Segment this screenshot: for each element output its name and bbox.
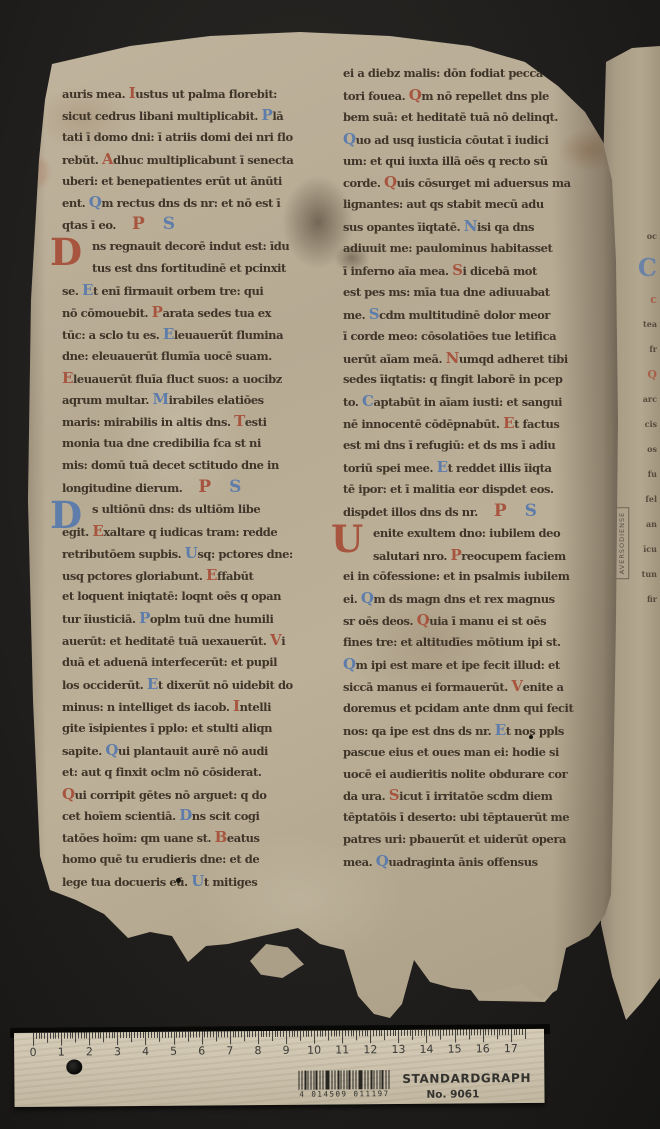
ruler-tick — [452, 1030, 453, 1036]
ruler-tick — [272, 1031, 273, 1041]
ruler-number: 2 — [86, 1045, 93, 1058]
manuscript-line: Qm ipi est mare et ipe fecit illud: et — [343, 654, 621, 676]
ruler-number: 12 — [363, 1043, 377, 1056]
manuscript-text: tati ī domo dni: ī atriis domi dei nri f… — [62, 130, 293, 144]
manuscript-text: tēptatōis ī deserto: ubi tēptauerūt me — [343, 810, 569, 824]
ruler-tick — [67, 1033, 68, 1039]
ruler: 01234567891011121314151617 4 014509 0111… — [14, 1029, 545, 1107]
manuscript-line: auerūt: et heditatē tuā uexauerūt. Vi — [62, 630, 340, 652]
manuscript-text: i — [281, 634, 285, 648]
manuscript-line: uberi: et benepatientes erūt ut ānūti — [62, 171, 340, 193]
ruler-tick — [483, 1029, 484, 1042]
manuscript-line: cet hoīem scientiā. Dns scit cogi — [62, 805, 340, 827]
ruler-number: 0 — [30, 1046, 37, 1059]
ruler-tick — [294, 1031, 295, 1037]
ruler-tick — [454, 1030, 455, 1043]
manuscript-photo: ocCcteafrQarccisosfufelanīcutunfir …IUM … — [0, 0, 660, 1129]
ruler-tick — [235, 1031, 236, 1037]
manuscript-initial: Q — [376, 852, 389, 870]
ruler-tick — [89, 1032, 90, 1045]
ruler-tick — [193, 1032, 194, 1038]
ruler-tick — [39, 1033, 40, 1039]
ruler-tick — [36, 1033, 37, 1039]
ruler-tick — [457, 1030, 458, 1036]
ruler-tick — [393, 1030, 394, 1036]
manuscript-initial: P — [450, 546, 461, 564]
ruler-tick — [137, 1032, 138, 1038]
manuscript-text: t dixerūt nō uidebit do — [158, 678, 293, 692]
manuscript-text: cdm multitudinē dolor meor — [379, 308, 550, 322]
ruler-tick — [395, 1030, 396, 1036]
manuscript-line: salutari nro. Preocupem faciem — [343, 545, 621, 567]
manuscript-line: se. Et enī firmauit orbem tre: qui — [62, 280, 340, 302]
manuscript-text: nos: qa ipe est dns ds nr. — [343, 724, 495, 738]
ruler-number: 11 — [335, 1043, 349, 1056]
ruler-tick — [497, 1029, 498, 1039]
manuscript-line: ei in cōfessione: et in psalmis iubilem — [343, 566, 621, 588]
manuscript-line: tus est dns fortitudinē et pcinxit — [62, 258, 340, 280]
manuscript-line: gite īsipientes ī pplo: et stulti aliqn — [62, 718, 340, 740]
ruler-tick — [415, 1030, 416, 1036]
manuscript-line: toriū spei mee. Et reddet illis īiqta — [343, 457, 621, 479]
manuscript-initial: Q — [343, 655, 356, 673]
ruler-tick — [252, 1031, 253, 1037]
manuscript-line: duā et aduenā interfecerūt: et pupil — [62, 652, 340, 674]
manuscript-line: qtas ī eo.PS — [62, 214, 340, 236]
ruler-number: 16 — [476, 1042, 490, 1055]
manuscript-initial: Q — [62, 785, 75, 803]
manuscript-text: enite exultem dno: iubilem deo — [373, 526, 560, 540]
ruler-tick — [275, 1031, 276, 1037]
manuscript-line: est mi dns ī refugiū: et ds ms ī adiu — [343, 435, 621, 457]
ruler-number: 8 — [254, 1044, 261, 1057]
ruler-tick — [292, 1031, 293, 1037]
text-fragment: fel — [645, 495, 657, 504]
manuscript-initial: E — [206, 566, 217, 584]
ruler-tick — [123, 1032, 124, 1038]
manuscript-text: est pes ms: mīa tua dne adiuuabat — [343, 285, 550, 299]
manuscript-text: auris mea. — [62, 87, 129, 101]
ruler-tick — [216, 1031, 217, 1041]
manuscript-line: mea. Quadraginta ānis offensus — [343, 851, 621, 873]
ruler-tick — [75, 1033, 76, 1043]
manuscript-initial: P — [139, 609, 150, 627]
manuscript-line: ei. Qm ds magn dns et rex magnus — [343, 588, 621, 610]
ruler-tick — [112, 1032, 113, 1038]
manuscript-line: siccā manus ei formauerūt. Venite a — [343, 676, 621, 698]
ruler-number: 5 — [170, 1045, 177, 1058]
ruler-tick — [300, 1031, 301, 1041]
ruler-tick — [348, 1030, 349, 1036]
manuscript-text: tori fouea. — [343, 89, 409, 103]
manuscript-text: t mitiges — [204, 875, 257, 889]
ruler-number: 3 — [114, 1045, 121, 1058]
manuscript-text: ns regnauit decorē indut est: īdu — [92, 239, 289, 253]
ruler-tick — [109, 1032, 110, 1038]
ruler-tick — [306, 1031, 307, 1037]
ruler-tick — [325, 1031, 326, 1037]
ruler-tick — [356, 1030, 357, 1040]
manuscript-text: ī corde meo: cōsolatiōes tue letifica — [343, 329, 556, 343]
manuscript-text: auerūt: et heditatē tuā uexauerūt. — [62, 634, 270, 648]
ruler-tick — [480, 1029, 481, 1035]
manuscript-initial: E — [82, 281, 93, 299]
ruler-tick — [159, 1032, 160, 1042]
ruler-tick — [466, 1029, 467, 1035]
manuscript-text: nō cōmouebit. — [62, 306, 152, 320]
manuscript-text: m ipi est mare et ipe fecit illud: et — [356, 658, 560, 672]
manuscript-text: maris: mirabilis in altis dns. — [62, 415, 234, 429]
ruler-tick — [474, 1029, 475, 1035]
manuscript-initial: P — [132, 214, 147, 234]
ruler-tick — [157, 1032, 158, 1038]
ruler-tick — [145, 1032, 146, 1045]
text-fragment: os — [647, 445, 657, 454]
manuscript-initial: E — [163, 325, 174, 343]
text-fragment: Q — [647, 370, 657, 379]
ruler-number: 17 — [504, 1042, 518, 1055]
ruler-tick — [179, 1032, 180, 1038]
manuscript-text: ns scit cogi — [192, 809, 260, 823]
ruler-tick — [494, 1029, 495, 1035]
ruler-tick — [432, 1030, 433, 1036]
ruler-tick — [513, 1029, 514, 1035]
ruler-tick — [78, 1032, 79, 1038]
ruler-tick — [491, 1029, 492, 1035]
ruler-tick — [280, 1031, 281, 1037]
manuscript-line: minus: n intelliget ds iacob. Intelli — [62, 696, 340, 718]
ruler-tick — [390, 1030, 391, 1036]
manuscript-line: tati ī domo dni: ī atriis domi dei nri f… — [62, 127, 340, 149]
manuscript-text: gite īsipientes ī pplo: et stulti aliqn — [62, 721, 272, 735]
ruler-tick — [173, 1032, 174, 1045]
ruler-number: 4 — [142, 1045, 149, 1058]
ruler-number: 1 — [58, 1046, 65, 1059]
manuscript-line: usq pctores gloriabunt. Effabūt — [62, 565, 340, 587]
text-fragment: oc — [647, 232, 657, 241]
ruler-tick — [126, 1032, 127, 1038]
ruler-tick — [508, 1029, 509, 1035]
ruler-tick — [488, 1029, 489, 1035]
ruler-tick — [345, 1030, 346, 1036]
text-fragment: cis — [645, 420, 657, 429]
ruler-number: 13 — [391, 1043, 405, 1056]
manuscript-text: s ultiōnū dns: ds ultiōm libe — [92, 502, 260, 516]
manuscript-text: fines tre: et altitudīes mōtium ipi st. — [343, 635, 561, 649]
barcode-digits: 4 014509 011197 — [286, 1089, 402, 1099]
manuscript-initial: S — [369, 305, 379, 323]
manuscript-initial: P — [198, 477, 213, 497]
text-fragment: c — [650, 295, 657, 304]
ruler-tick — [384, 1030, 385, 1040]
ruler-tick — [182, 1032, 183, 1038]
ruler-tick — [140, 1032, 141, 1038]
ruler-tick — [424, 1030, 425, 1036]
manuscript-line: tatōes hoīm: qm uane st. Beatus — [62, 827, 340, 849]
ruler-tick — [143, 1032, 144, 1038]
ruler-tick — [511, 1029, 512, 1042]
manuscript-text: ffabūt — [217, 569, 253, 583]
manuscript-initial: D — [179, 806, 192, 824]
ruler-tick — [232, 1031, 233, 1037]
manuscript-text: uis cōsurget mi aduersus ma — [397, 176, 571, 190]
manuscript-line: tur īiusticiā. Poplm tuū dne humili — [62, 608, 340, 630]
manuscript-text: ei a diebz malis: dōn fodiat pecca — [343, 66, 543, 80]
ruler-tick — [131, 1032, 132, 1042]
manuscript-initial: V — [511, 677, 522, 695]
manuscript-text: tatōes hoīm: qm uane st. — [62, 831, 215, 845]
ruler-tick — [331, 1031, 332, 1037]
ruler-tick — [303, 1031, 304, 1037]
manuscript-text: egit. — [62, 525, 92, 539]
ruler-tick — [221, 1031, 222, 1037]
ruler-tick — [398, 1030, 399, 1043]
manuscript-text: t enī firmauit orbem tre: qui — [93, 284, 263, 298]
manuscript-line: homo quē tu erudieris dne: et de — [62, 849, 340, 871]
ruler-tick — [98, 1032, 99, 1038]
manuscript-initial: P — [152, 303, 163, 321]
manuscript-text: to. — [343, 395, 362, 409]
ruler-model: No. 9061 — [426, 1088, 479, 1100]
ruler-number: 14 — [419, 1043, 433, 1056]
ruler-tick — [446, 1030, 447, 1036]
ruler-tick — [401, 1030, 402, 1036]
manuscript-initial: E — [437, 458, 448, 476]
ruler-tick — [418, 1030, 419, 1036]
ruler-tick — [381, 1030, 382, 1036]
manuscript-line: rebūt. Adhuc multiplicabunt ī senecta — [62, 149, 340, 171]
manuscript-initial: P — [262, 106, 273, 124]
ruler-tick — [114, 1032, 115, 1038]
manuscript-text: lignantes: aut qs stabit mecū adu — [343, 197, 544, 211]
manuscript-text: toriū spei mee. — [343, 461, 437, 475]
ruler-tick — [70, 1033, 71, 1039]
manuscript-line: tori fouea. Qm nō repellet dns ple — [343, 85, 621, 107]
ruler-tick — [342, 1030, 343, 1043]
manuscript-line: tūc: a sclo tu es. Eleuauerūt flumina — [62, 324, 340, 346]
manuscript-initial: V — [270, 631, 281, 649]
manuscript-line: Ds ultiōnū dns: ds ultiōm libe — [62, 499, 340, 521]
ruler-tick — [258, 1031, 259, 1044]
ruler-tick — [322, 1031, 323, 1037]
manuscript-text: uadraginta ānis offensus — [388, 855, 537, 869]
ruler-tick — [463, 1029, 464, 1035]
manuscript-initial: Q — [409, 86, 422, 104]
ruler-tick — [151, 1032, 152, 1038]
manuscript-text: t reddet illis īiqta — [448, 461, 552, 475]
text-fragment: tun — [642, 570, 657, 579]
manuscript-text: sus opantes īiqtatē. — [343, 220, 464, 234]
manuscript-text: ui plantauit aurē nō audi — [118, 744, 268, 758]
manuscript-initial: Q — [417, 611, 430, 629]
manuscript-line: doremus et pcidam ante dnm qui fecit — [343, 698, 621, 720]
ruler-number: 7 — [226, 1044, 233, 1057]
manuscript-text: da ura. — [343, 789, 389, 803]
ruler-tick — [81, 1032, 82, 1038]
ruler-tick — [516, 1029, 517, 1035]
ruler-tick — [320, 1031, 321, 1037]
text-fragment: tea — [643, 320, 657, 329]
manuscript-initial: S — [389, 786, 399, 804]
manuscript-initial: Q — [89, 193, 102, 211]
ruler-tick — [230, 1031, 231, 1044]
ruler-tick — [387, 1030, 388, 1036]
ruler-tick — [469, 1029, 470, 1039]
ruler-tick — [410, 1030, 411, 1036]
ruler-tick — [61, 1033, 62, 1046]
manuscript-text: tē ipor: et ī malitia eor dispdet eos. — [343, 482, 554, 496]
text-fragment: fr — [649, 345, 657, 354]
manuscript-line: longitudine dierum.PS — [62, 477, 340, 499]
ruler-tick — [317, 1031, 318, 1037]
ruler-tick — [426, 1030, 427, 1043]
manuscript-initial: U — [185, 544, 198, 562]
manuscript-text: aqrum multar. — [62, 393, 152, 407]
manuscript-line: et loquent iniqtatē: loqnt oēs q opan — [62, 586, 340, 608]
manuscript-line: ent. Qm rectus dns ds nr: et nō est ī — [62, 192, 340, 214]
ruler-number: 6 — [198, 1044, 205, 1057]
manuscript-line: sus opantes īiqtatē. Nisi qa dns — [343, 216, 621, 238]
text-column-right: ei a diebz malis: dōn fodiat peccatori f… — [343, 63, 621, 873]
manuscript-text: tus est dns fortitudinē et pcinxit — [92, 261, 286, 275]
manuscript-initial: E — [92, 522, 103, 540]
ruler-tick — [168, 1032, 169, 1038]
manuscript-text: cet hoīem scientiā. — [62, 809, 179, 823]
ruler-tick — [176, 1032, 177, 1038]
manuscript-text: esti — [245, 415, 267, 429]
manuscript-text: lege tua docueris eū. — [62, 875, 191, 889]
ruler-number: 10 — [307, 1044, 321, 1057]
manuscript-line: patres uri: pbauerūt et uiderūt opera — [343, 829, 621, 851]
manuscript-line: dispdet illos dns ds nr.PS — [343, 501, 621, 523]
ruler-tick — [204, 1031, 205, 1037]
ruler-tick — [407, 1030, 408, 1036]
manuscript-text: ui corripit gētes nō arguet: q do — [75, 788, 267, 802]
text-fragment: fir — [647, 595, 657, 604]
manuscript-text: ntelli — [240, 700, 271, 714]
ruler-number: 9 — [282, 1044, 289, 1057]
manuscript-text: uocē ei audieritis nolite obdurare cor — [343, 767, 567, 781]
manuscript-initial: N — [464, 217, 477, 235]
manuscript-initial: Q — [343, 130, 356, 148]
manuscript-text: me. — [343, 308, 369, 322]
manuscript-text: siccā manus ei formauerūt. — [343, 680, 511, 694]
ruler-tick — [154, 1032, 155, 1038]
ruler-tick — [421, 1030, 422, 1036]
manuscript-initial: Q — [105, 741, 118, 759]
ruler-tick — [297, 1031, 298, 1037]
ruler-tick — [53, 1033, 54, 1039]
manuscript-line: lignantes: aut qs stabit mecū adu — [343, 194, 621, 216]
manuscript-text: aptabūt in aīam iusti: et sangui — [374, 395, 563, 409]
manuscript-line: ī inferno aīa mea. Si dicebā mot — [343, 260, 621, 282]
stamp-line-2: AVERSODIENSE — [618, 512, 626, 574]
manuscript-line: fines tre: et altitudīes mōtium ipi st. — [343, 632, 621, 654]
manuscript-line: bem suā: et heditatē tuā nō delinqt. — [343, 107, 621, 129]
manuscript-text: tur īiusticiā. — [62, 612, 139, 626]
ruler-brand: STANDARDGRAPH — [402, 1071, 531, 1086]
manuscript-line: et: aut q finxit oclm nō cōsiderat. — [62, 762, 340, 784]
manuscript-text: mea. — [343, 855, 376, 869]
manuscript-line: lege tua docueris eū. Ut mitiges — [62, 871, 340, 893]
manuscript-line: da ura. Sicut ī irritatōe scdm diem — [343, 785, 621, 807]
parchment-flake — [250, 944, 304, 978]
ruler-tick — [244, 1031, 245, 1041]
manuscript-line: tē ipor: et ī malitia eor dispdet eos. — [343, 479, 621, 501]
manuscript-text: xaltare q iudicas tram: redde — [103, 525, 277, 539]
manuscript-line: sicut cedrus libani multiplicabit. Plā — [62, 105, 340, 127]
ruler-tick — [460, 1029, 461, 1035]
manuscript-text: patres uri: pbauerūt et uiderūt opera — [343, 832, 566, 846]
manuscript-text: et: aut q finxit oclm nō cōsiderat. — [62, 765, 261, 779]
ruler-tick — [449, 1030, 450, 1036]
manuscript-initial: B — [215, 828, 227, 846]
manuscript-line: ei a diebz malis: dōn fodiat pecca — [343, 63, 621, 85]
ruler-tick — [106, 1032, 107, 1038]
ruler-tick — [162, 1032, 163, 1038]
manuscript-line: Dns regnauit decorē indut est: īdu — [62, 236, 340, 258]
manuscript-initial: Q — [384, 173, 397, 191]
manuscript-text: homo quē tu erudieris dne: et de — [62, 852, 259, 866]
ruler-tick — [376, 1030, 377, 1036]
ruler-tick — [505, 1029, 506, 1035]
manuscript-text: minus: n intelliget ds iacob. — [62, 700, 233, 714]
ruler-tick — [165, 1032, 166, 1038]
manuscript-initial: T — [234, 412, 245, 430]
manuscript-line: Quo ad usq iusticia cōutat ī iudici — [343, 129, 621, 151]
manuscript-text: m rectus dns ds nr: et nō est ī — [101, 196, 280, 210]
ruler-tick — [44, 1033, 45, 1039]
manuscript-text: dne: eleuauerūt flumīa uocē suam. — [62, 349, 272, 363]
manuscript-text: duā et aduenā interfecerūt: et pupil — [62, 655, 277, 669]
ruler-tick — [266, 1031, 267, 1037]
ruler-tick — [117, 1032, 118, 1045]
manuscript-line: est pes ms: mīa tua dne adiuuabat — [343, 282, 621, 304]
manuscript-initial: U — [191, 872, 204, 890]
manuscript-line: nos: qa ipe est dns ds nr. Et nos ppls — [343, 720, 621, 742]
manuscript-text: uia ī manu ei st oēs — [429, 614, 546, 628]
manuscript-line: adiuuit me: paulominus habitasset — [343, 238, 621, 260]
manuscript-initial: S — [163, 214, 177, 234]
ruler-tick — [58, 1033, 59, 1039]
manuscript-text: rebūt. — [62, 153, 102, 167]
manuscript-text: dispdet illos dns ds nr. — [343, 505, 478, 519]
ruler-tick — [190, 1032, 191, 1038]
manuscript-line: Uenite exultem dno: iubilem deo — [343, 523, 621, 545]
ruler-tick — [286, 1031, 287, 1044]
manuscript-text: nē innocentē cōdēpnabūt. — [343, 417, 503, 431]
text-fragment: īcu — [643, 545, 657, 554]
ruler-tick — [263, 1031, 264, 1037]
manuscript-text: reocupem faciem — [461, 549, 565, 563]
ruler-tick — [92, 1032, 93, 1038]
ruler-tick — [308, 1031, 309, 1037]
manuscript-initial: S — [525, 501, 539, 521]
manuscript-text: isi qa dns — [477, 220, 534, 234]
manuscript-initial: E — [495, 721, 506, 739]
manuscript-text: leuauerūt fluīa fluct suos: a uocibz — [73, 372, 282, 386]
ruler-tick — [443, 1030, 444, 1036]
ruler-tick — [373, 1030, 374, 1036]
ruler-tick — [64, 1033, 65, 1039]
ruler-tick — [311, 1031, 312, 1037]
manuscript-line: uocē ei audieritis nolite obdurare cor — [343, 764, 621, 786]
ruler-tick — [199, 1032, 200, 1038]
ruler-tick — [519, 1029, 520, 1035]
ruler-tick — [241, 1031, 242, 1037]
manuscript-line: uerūt aīam meā. Numqd adheret tibi — [343, 348, 621, 370]
manuscript-text: et loquent iniqtatē: loqnt oēs q opan — [62, 589, 281, 603]
